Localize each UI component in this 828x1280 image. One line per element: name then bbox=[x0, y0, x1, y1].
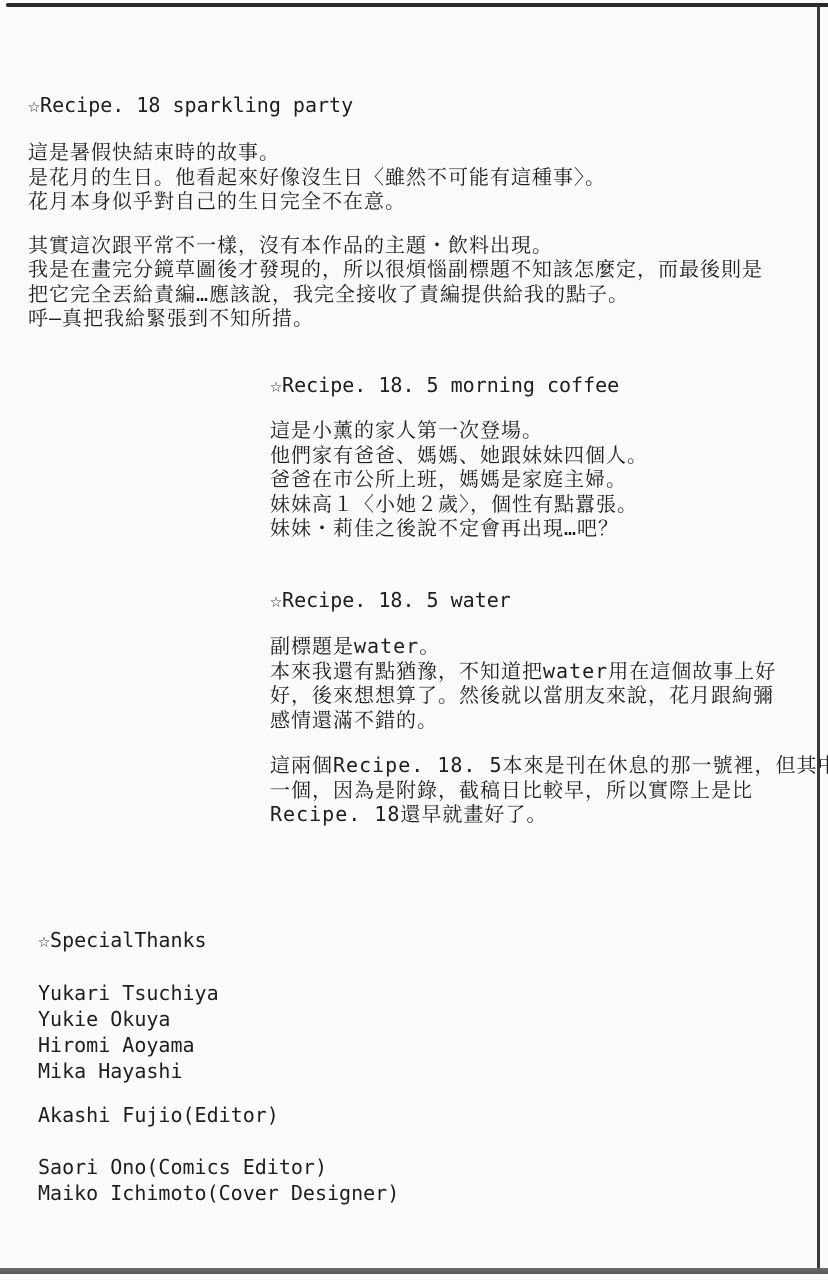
page-scan-edge-bottom bbox=[0, 1268, 828, 1274]
section-recipe-18-5-morning-coffee: ☆Recipe. 18. 5 morning coffee 這是小薰的家人第一次… bbox=[270, 373, 648, 541]
staff-credit-block: Saori Ono(Comics Editor) Maiko Ichimoto(… bbox=[38, 1154, 399, 1206]
page-scan-edge-top bbox=[6, 3, 828, 7]
text-line: 花月本身似乎對自己的生日完全不在意。 bbox=[28, 189, 763, 214]
text-line: 副標題是water。 bbox=[270, 634, 828, 659]
section-title-recipe-18: ☆Recipe. 18 sparkling party bbox=[28, 93, 763, 117]
text-line: 感情還滿不錯的。 bbox=[270, 708, 828, 733]
thanks-name: Mika Hayashi bbox=[38, 1058, 399, 1084]
text-line: 一個，因為是附錄，截稿日比較早，所以實際上是比 bbox=[270, 778, 828, 803]
text-line: 把它完全丟給責編…應該說，我完全接收了責編提供給我的點子。 bbox=[28, 282, 763, 307]
thanks-name-list: Yukari Tsuchiya Yukie Okuya Hiromi Aoyam… bbox=[38, 980, 399, 1084]
scanned-afterword-page: ☆Recipe. 18 sparkling party 這是暑假快結束時的故事。… bbox=[0, 0, 828, 1280]
text-line: 這兩個Recipe. 18. 5本來是刊在休息的那一號裡，但其中 bbox=[270, 753, 828, 778]
thanks-name: Yukari Tsuchiya bbox=[38, 980, 399, 1006]
text-line: 妹妹高１〈小她２歲〉，個性有點囂張。 bbox=[270, 492, 648, 517]
text-line: 是花月的生日。他看起來好像沒生日〈雖然不可能有這種事〉。 bbox=[28, 165, 763, 190]
text-line: 本來我還有點猶豫，不知道把water用在這個故事上好 bbox=[270, 659, 828, 684]
text-line: 爸爸在市公所上班，媽媽是家庭主婦。 bbox=[270, 467, 648, 492]
thanks-name: Yukie Okuya bbox=[38, 1006, 399, 1032]
text-line: 他們家有爸爸、媽媽、她跟妹妹四個人。 bbox=[270, 443, 648, 468]
section-special-thanks: ☆SpecialThanks Yukari Tsuchiya Yukie Oku… bbox=[38, 928, 399, 1206]
staff-credit: Maiko Ichimoto(Cover Designer) bbox=[38, 1180, 399, 1206]
text-line: 這是小薰的家人第一次登場。 bbox=[270, 418, 648, 443]
paragraph: 這兩個Recipe. 18. 5本來是刊在休息的那一號裡，但其中 一個，因為是附… bbox=[270, 753, 828, 827]
paragraph: 其實這次跟平常不一樣，沒有本作品的主題・飲料出現。 我是在畫完分鏡草圖後才發現的… bbox=[28, 233, 763, 331]
text-line: 其實這次跟平常不一樣，沒有本作品的主題・飲料出現。 bbox=[28, 233, 763, 258]
editor-credit-block: Akashi Fujio(Editor) bbox=[38, 1102, 399, 1128]
text-line: 這是暑假快結束時的故事。 bbox=[28, 140, 763, 165]
text-line: 我是在畫完分鏡草圖後才發現的，所以很煩惱副標題不知該怎麼定，而最後則是 bbox=[28, 257, 763, 282]
text-line: 妹妹・莉佳之後說不定會再出現…吧？ bbox=[270, 516, 648, 541]
section-title-special-thanks: ☆SpecialThanks bbox=[38, 928, 399, 952]
staff-credit: Saori Ono(Comics Editor) bbox=[38, 1154, 399, 1180]
section-recipe-18: ☆Recipe. 18 sparkling party 這是暑假快結束時的故事。… bbox=[28, 93, 763, 331]
text-line: 好，後來想想算了。然後就以當朋友來說，花月跟絢彌 bbox=[270, 683, 828, 708]
paragraph: 這是小薰的家人第一次登場。 他們家有爸爸、媽媽、她跟妹妹四個人。 爸爸在市公所上… bbox=[270, 418, 648, 541]
paragraph: 這是暑假快結束時的故事。 是花月的生日。他看起來好像沒生日〈雖然不可能有這種事〉… bbox=[28, 140, 763, 214]
text-line: Recipe. 18還早就畫好了。 bbox=[270, 802, 828, 827]
thanks-name: Hiromi Aoyama bbox=[38, 1032, 399, 1058]
section-title-water: ☆Recipe. 18. 5 water bbox=[270, 588, 828, 612]
section-recipe-18-5-water: ☆Recipe. 18. 5 water 副標題是water。 本來我還有點猶豫… bbox=[270, 588, 828, 827]
text-line: 呼—真把我給緊張到不知所措。 bbox=[28, 306, 763, 331]
section-title-morning-coffee: ☆Recipe. 18. 5 morning coffee bbox=[270, 373, 648, 397]
editor-credit: Akashi Fujio(Editor) bbox=[38, 1102, 399, 1128]
paragraph: 副標題是water。 本來我還有點猶豫，不知道把water用在這個故事上好 好，… bbox=[270, 634, 828, 732]
